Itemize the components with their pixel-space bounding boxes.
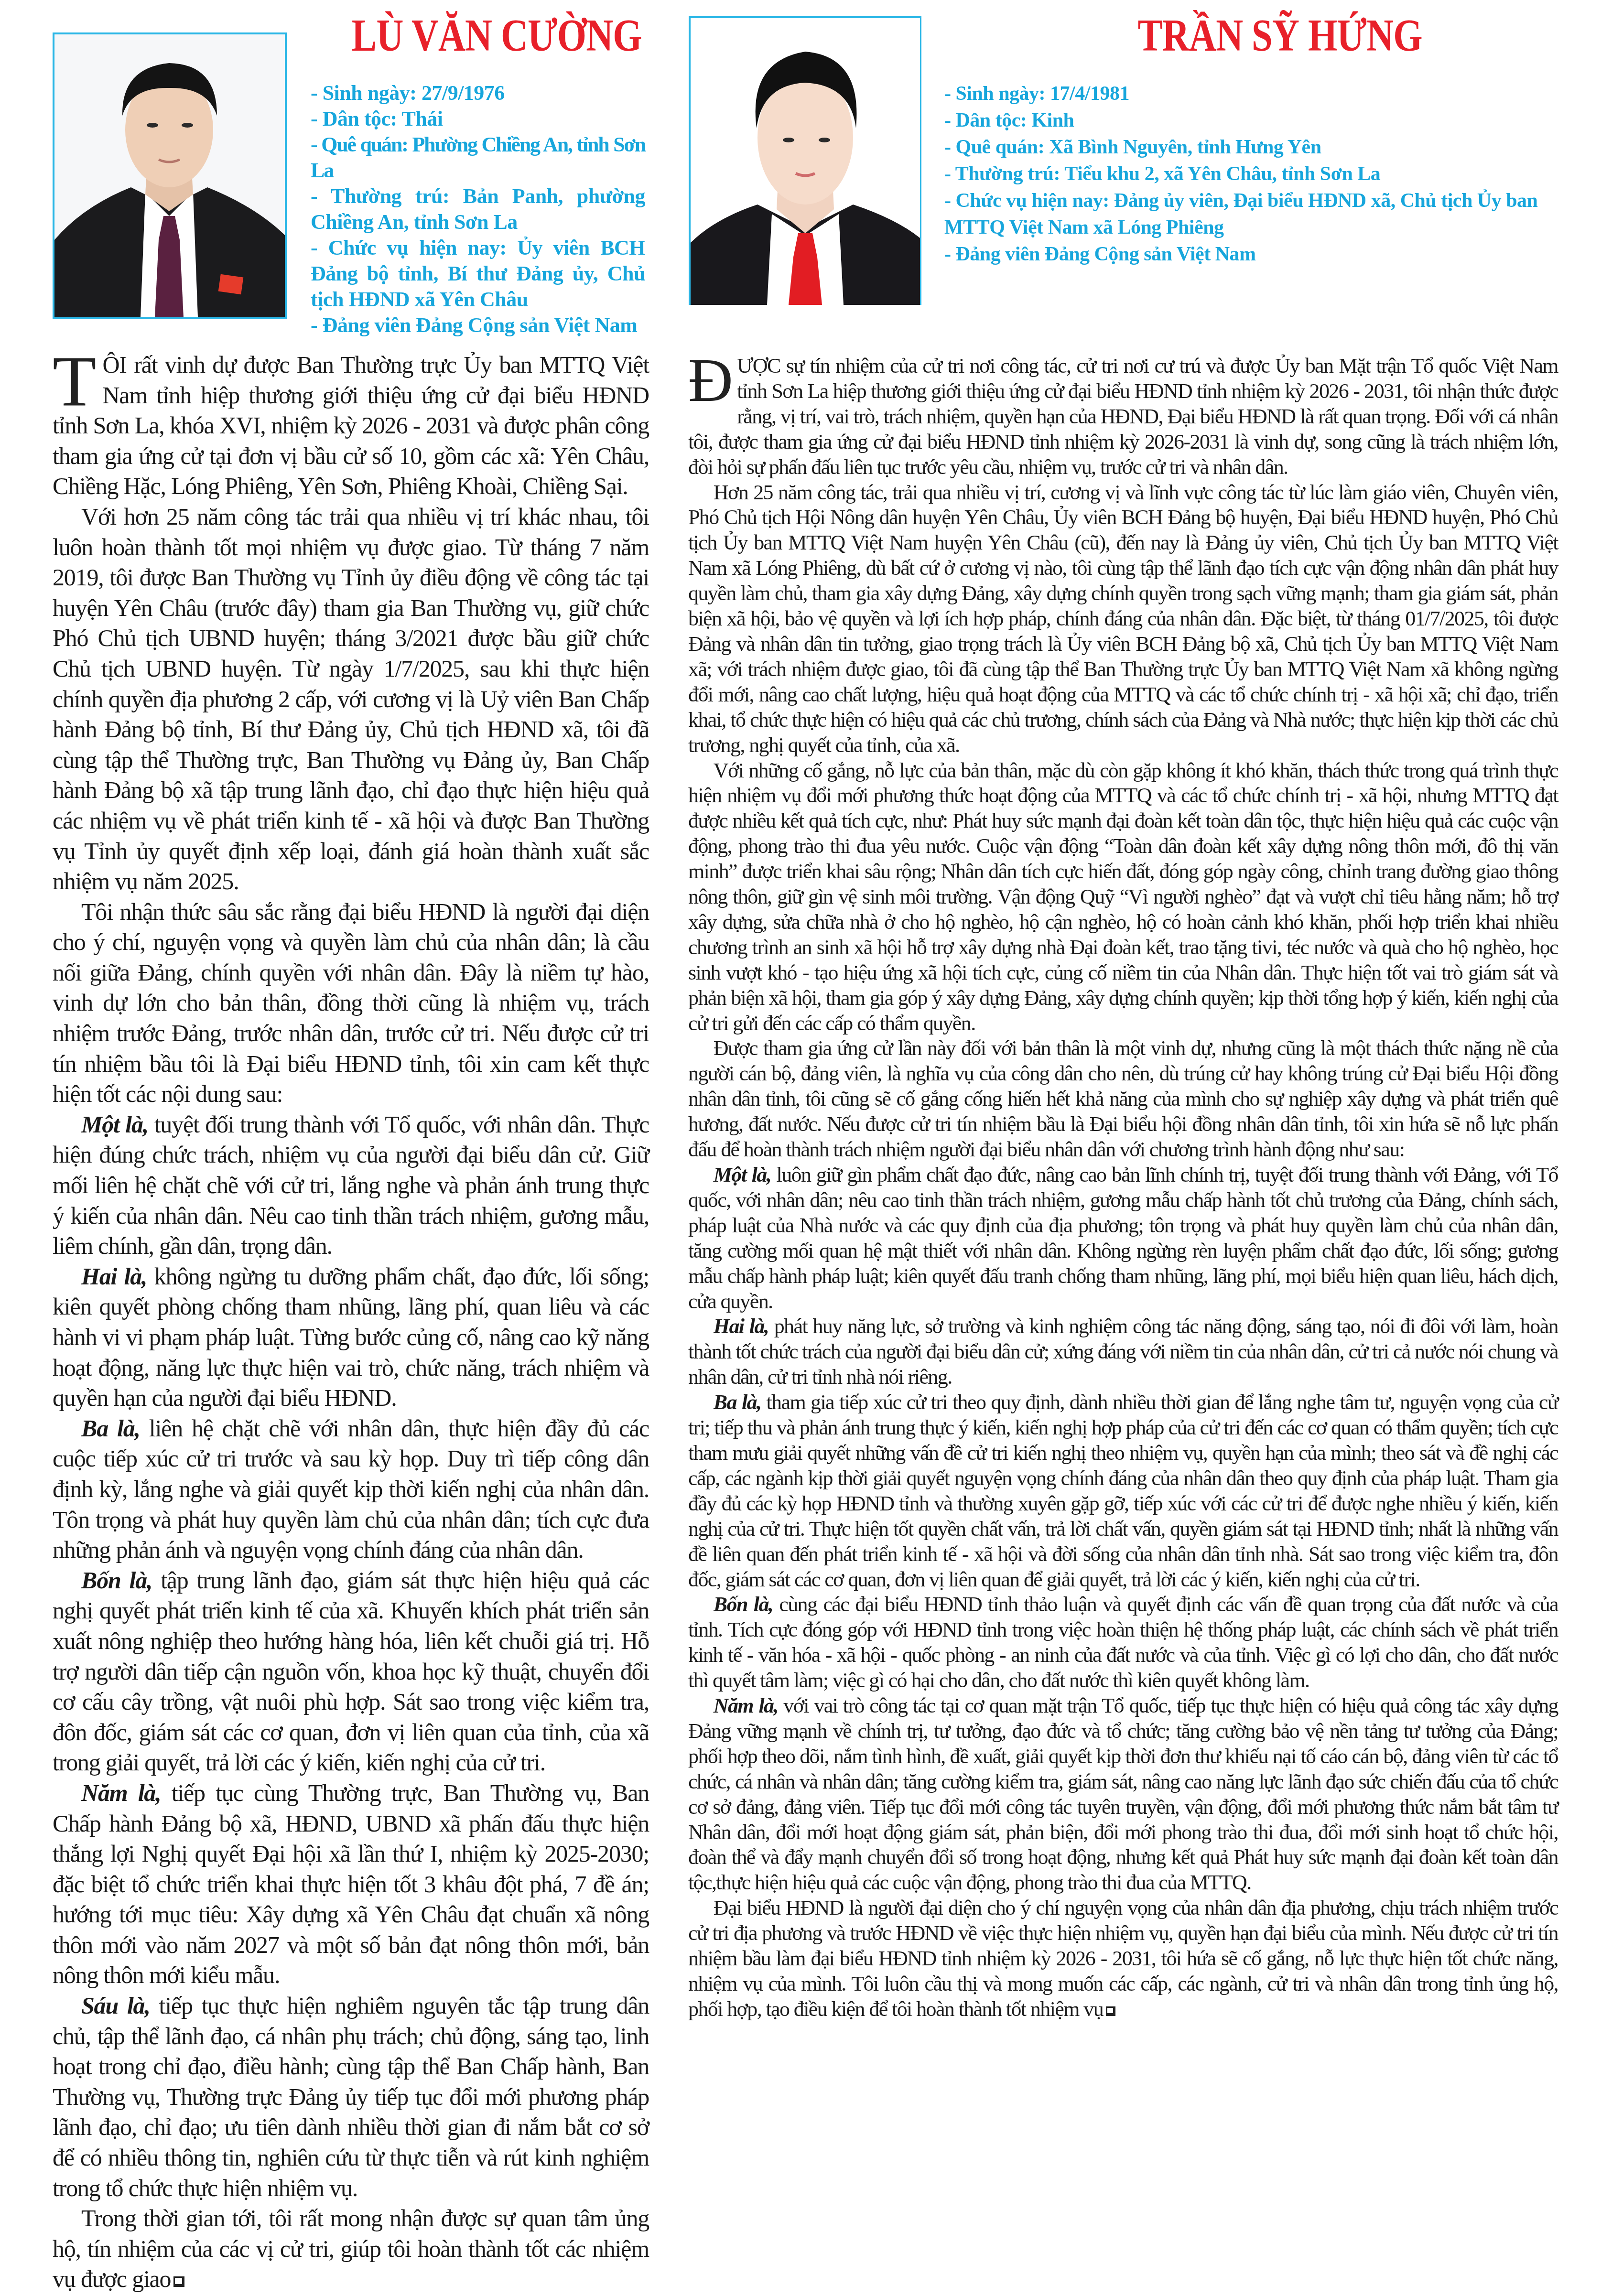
portrait-icon [691, 18, 920, 305]
info-birthdate: - Sinh ngày: 27/9/1976 [311, 80, 645, 106]
commitment-1: Một là, luôn giữ gìn phẩm chất đạo đức, … [688, 1163, 1558, 1314]
commitment-2: Hai là, không ngừng tu dưỡng phẩm chất, … [53, 1261, 649, 1413]
commitment-4: Bốn là, tập trung lãnh đạo, giám sát thự… [53, 1565, 649, 1778]
info-birthdate: - Sinh ngày: 17/4/1981 [944, 80, 1566, 107]
info-position: - Chức vụ hiện nay: Ủy viên BCH Đảng bộ … [311, 235, 645, 313]
info-hometown: - Quê quán: Xã Bình Nguyên, tỉnh Hưng Yê… [944, 134, 1566, 161]
info-hometown: - Quê quán: Phường Chiềng An, tỉnh Sơn L… [311, 132, 645, 183]
candidate-photo-2 [689, 16, 921, 305]
paragraph: Hơn 25 năm công tác, trải qua nhiều vị t… [688, 480, 1558, 758]
candidate-info-2: - Sinh ngày: 17/4/1981 - Dân tộc: Kinh -… [944, 80, 1566, 268]
commitment-5: Năm là, tiếp tục cùng Thường trực, Ban T… [53, 1778, 649, 1991]
candidate-statement-2: ĐƯỢC sự tín nhiệm của cử tri nơi công tá… [688, 354, 1558, 2022]
paragraph: Với hơn 25 năm công tác trải qua nhiều v… [53, 502, 649, 897]
commitment-2: Hai là, phát huy năng lực, sở trường và … [688, 1314, 1558, 1390]
paragraph: TÔI rất vinh dự được Ban Thường trực Ủy … [53, 350, 649, 502]
commitment-3: Ba là, tham gia tiếp xúc cử tri theo quy… [688, 1390, 1558, 1592]
paragraph: Tôi nhận thức sâu sắc rằng đại biểu HĐND… [53, 897, 649, 1110]
commitment-5: Năm là, với vai trò công tác tại cơ quan… [688, 1693, 1558, 1896]
candidate-name-1: LÙ VĂN CƯỜNG [352, 9, 595, 62]
info-ethnicity: - Dân tộc: Kinh [944, 107, 1566, 134]
end-of-article-icon [1106, 2006, 1115, 2016]
commitment-3: Ba là, liên hệ chặt chẽ với nhân dân, th… [53, 1413, 649, 1565]
closing-paragraph: Trong thời gian tới, tôi rất mong nhận đ… [53, 2203, 649, 2295]
end-of-article-icon [173, 2276, 184, 2287]
info-party-member: - Đảng viên Đảng Cộng sản Việt Nam [944, 241, 1566, 268]
info-residence: - Thường trú: Tiểu khu 2, xã Yên Châu, t… [944, 161, 1566, 187]
paragraph: Được tham gia ứng cử lần này đối với bản… [688, 1036, 1558, 1163]
candidate-info-1: - Sinh ngày: 27/9/1976 - Dân tộc: Thái -… [311, 80, 645, 338]
paragraph: ĐƯỢC sự tín nhiệm của cử tri nơi công tá… [688, 354, 1558, 480]
candidate-photo-1 [53, 32, 287, 319]
info-party-member: - Đảng viên Đảng Cộng sản Việt Nam [311, 313, 645, 338]
dropcap: T [53, 353, 96, 410]
dropcap: Đ [688, 356, 732, 405]
candidate-statement-1: TÔI rất vinh dự được Ban Thường trực Ủy … [53, 350, 649, 2295]
paragraph: Với những cố gắng, nỗ lực của bản thân, … [688, 758, 1558, 1036]
info-residence: - Thường trú: Bản Panh, phường Chiềng An… [311, 183, 645, 235]
portrait-icon [54, 34, 285, 317]
info-position: - Chức vụ hiện nay: Đảng ủy viên, Đại bi… [944, 187, 1566, 241]
info-ethnicity: - Dân tộc: Thái [311, 106, 645, 132]
commitment-4: Bốn là, cùng các đại biểu HĐND tỉnh thảo… [688, 1592, 1558, 1693]
closing-paragraph: Đại biểu HĐND là người đại diện cho ý ch… [688, 1896, 1558, 2022]
commitment-6: Sáu là, tiếp tục thực hiện nghiêm nguyên… [53, 1991, 649, 2203]
candidate-name-2: TRẦN SỸ HỨNG [1137, 9, 1357, 62]
commitment-1: Một là, tuyệt đối trung thành với Tổ quố… [53, 1110, 649, 1261]
